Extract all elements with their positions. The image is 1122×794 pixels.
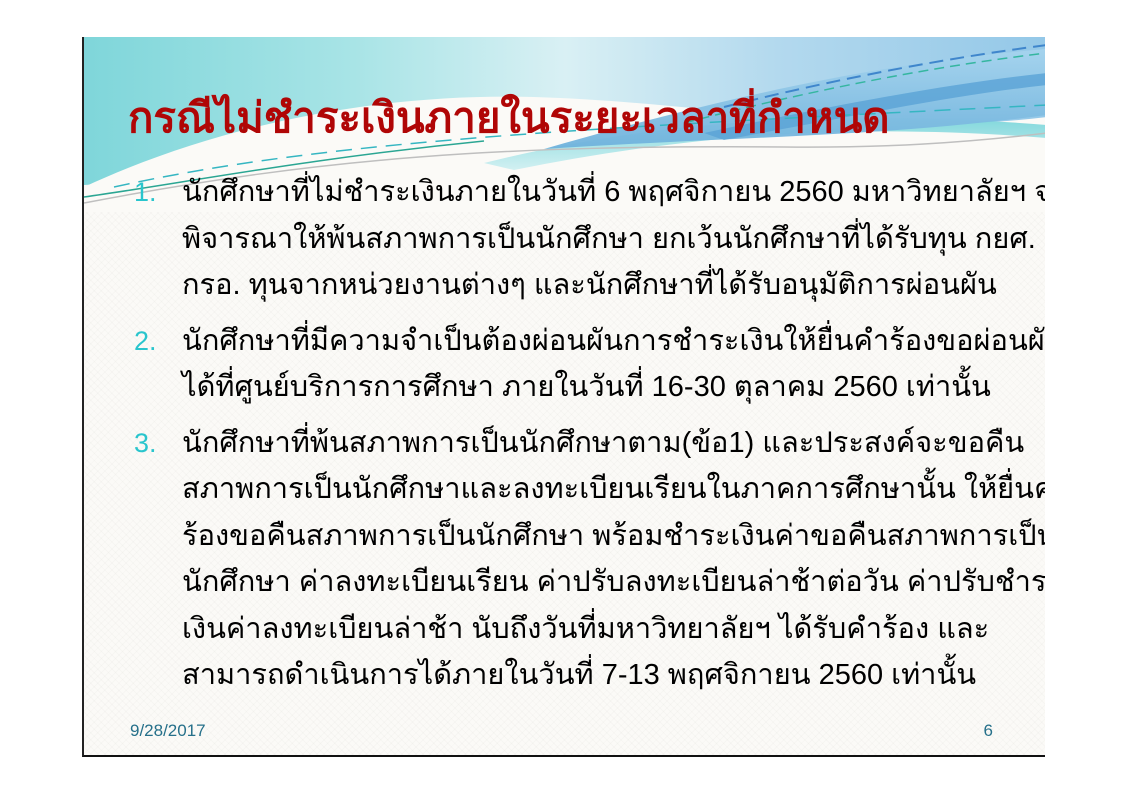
text-line: สามารถดำเนินการได้ภายในวันที่ 7-13 พฤศจิ… (182, 652, 1045, 699)
page-number: 6 (984, 721, 993, 741)
list-item: 3.นักศึกษาที่พ้นสภาพการเป็นนักศึกษาตาม(ข… (134, 420, 1014, 699)
list-item-text: นักศึกษาที่พ้นสภาพการเป็นนักศึกษาตาม(ข้อ… (182, 420, 1045, 699)
text-line: สภาพการเป็นนักศึกษาและลงทะเบียนเรียนในภา… (182, 466, 1045, 513)
text-line: นักศึกษา ค่าลงทะเบียนเรียน ค่าปรับลงทะเบ… (182, 559, 1045, 606)
text-line: พิจารณาให้พ้นสภาพการเป็นนักศึกษา ยกเว้นน… (182, 216, 1045, 263)
text-line: ร้องขอคืนสภาพการเป็นนักศึกษา พร้อมชำระเง… (182, 513, 1045, 560)
text-line: ได้ที่ศูนย์บริการการศึกษา ภายในวันที่ 16… (182, 364, 1045, 411)
text-line: กรอ. ทุนจากหน่วยงานต่างๆ และนักศึกษาที่ไ… (182, 262, 1045, 309)
page: { "slide": { "title": "กรณีไม่ชำระเงินภา… (0, 0, 1122, 794)
numbered-list: 1.นักศึกษาที่ไม่ชำระเงินภายในวันที่ 6 พฤ… (134, 169, 1014, 708)
text-line: นักศึกษาที่มีความจำเป็นต้องผ่อนผันการชำร… (182, 318, 1045, 365)
text-line: นักศึกษาที่พ้นสภาพการเป็นนักศึกษาตาม(ข้อ… (182, 420, 1045, 467)
footer-date: 9/28/2017 (130, 721, 206, 741)
slide: กรณีไม่ชำระเงินภายในระยะเวลาที่กำหนด 1.น… (82, 37, 1045, 757)
text-line: เงินค่าลงทะเบียนล่าช้า นับถึงวันที่มหาวิ… (182, 606, 1045, 653)
list-item-number: 3. (134, 420, 182, 699)
list-item-number: 1. (134, 169, 182, 309)
slide-title: กรณีไม่ชำระเงินภายในระยะเวลาที่กำหนด (128, 89, 1028, 148)
list-item: 2.นักศึกษาที่มีความจำเป็นต้องผ่อนผันการช… (134, 318, 1014, 411)
list-item-text: นักศึกษาที่มีความจำเป็นต้องผ่อนผันการชำร… (182, 318, 1045, 411)
list-item: 1.นักศึกษาที่ไม่ชำระเงินภายในวันที่ 6 พฤ… (134, 169, 1014, 309)
list-item-text: นักศึกษาที่ไม่ชำระเงินภายในวันที่ 6 พฤศจ… (182, 169, 1045, 309)
text-line: นักศึกษาที่ไม่ชำระเงินภายในวันที่ 6 พฤศจ… (182, 169, 1045, 216)
list-item-number: 2. (134, 318, 182, 411)
